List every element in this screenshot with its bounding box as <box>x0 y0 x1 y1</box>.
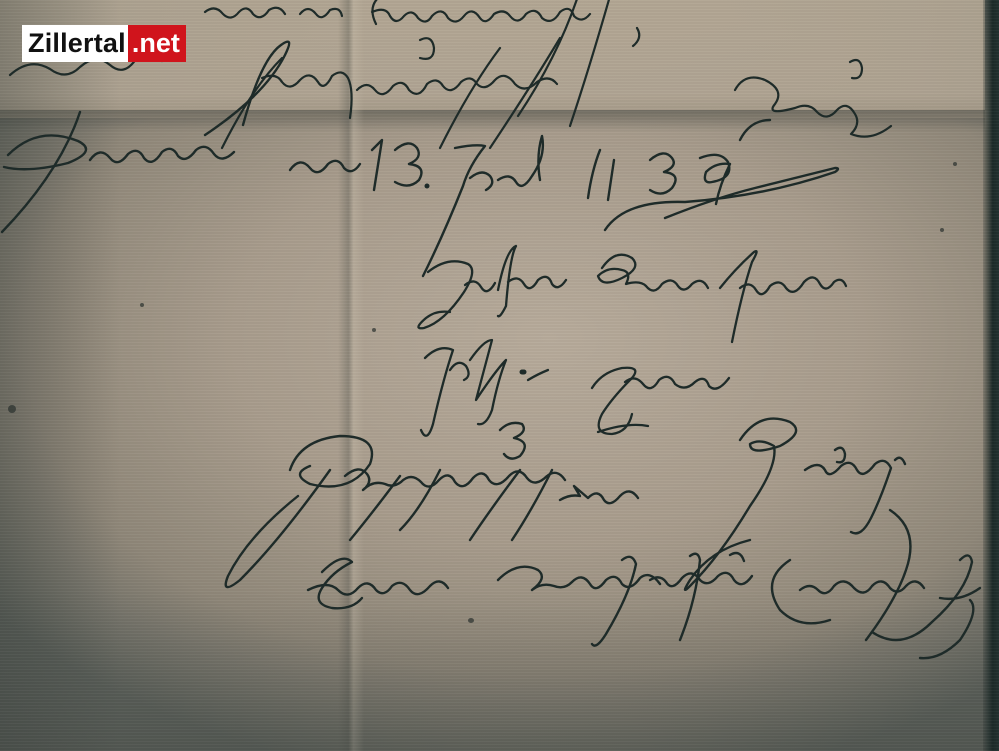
signature-1 <box>418 246 846 342</box>
manuscript-line-1 <box>205 0 639 126</box>
manuscript-line-3 <box>2 42 838 276</box>
logo-brand-text: Zillertal <box>22 25 128 62</box>
signature-2 <box>421 340 729 436</box>
zillertal-logo: Zillertal .net <box>22 25 186 62</box>
signature-4 <box>308 553 980 658</box>
logo-tld-text: .net <box>128 25 186 62</box>
handwriting-strokes <box>0 0 999 751</box>
manuscript-photo: ...zeugen des Kontrahenten, ...zogene Fr… <box>0 0 999 751</box>
